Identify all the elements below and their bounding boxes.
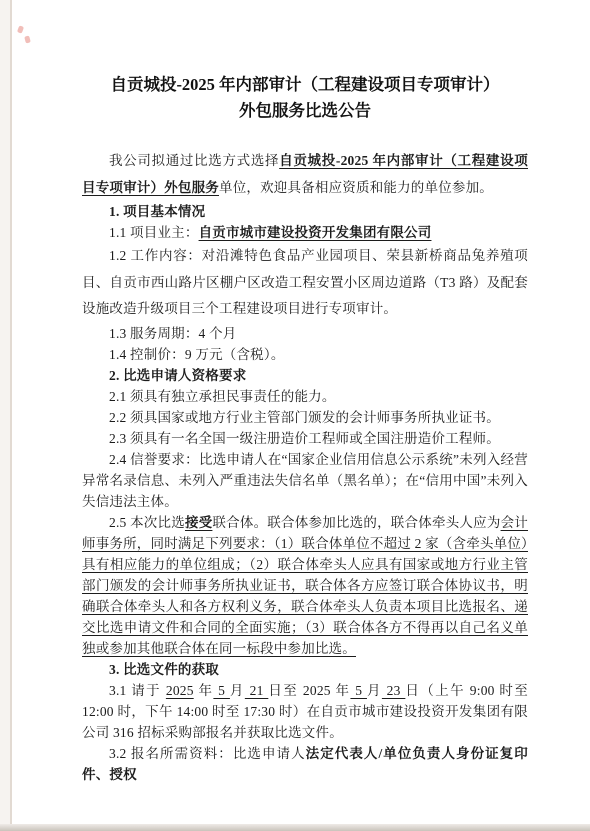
notice-title-line-2: 外包服务比选公告: [82, 98, 528, 124]
text-run: 我公司拟通过比选方式选择: [109, 153, 279, 168]
item-1-4: 1.4 控制价：9 万元（含税）。: [82, 344, 528, 365]
scanned-notice-page: { "page": { "title_line1": "自贡城投-2025 年内…: [0, 0, 590, 831]
red-ink-mark: [24, 35, 31, 43]
text-run: 月: [230, 683, 245, 698]
text-run: 2.4 信誉要求：比选申请人在“国家企业信用信息公示系统”未列入经营异常名录信息…: [82, 452, 528, 509]
item-3-2: 3.2 报名所需资料：比选申请人法定代表人/单位负责人身份证复印件、授权: [82, 743, 528, 785]
text-run: 2.2 须具国家或地方行业主管部门颁发的会计师事务所执业证书。: [109, 410, 500, 425]
text-run: 年: [194, 683, 214, 698]
item-3-1: 3.1 请于 2025 年 5 月 21 日至 2025 年 5 月 23 日（…: [82, 680, 528, 743]
text-run: 自贡市城市建设投资开发集团有限公司: [199, 225, 432, 240]
text-run: 1.3 服务周期：4 个月: [109, 326, 236, 341]
document-page: 自贡城投-2025 年内部审计（工程建设项目专项审计） 外包服务比选公告 我公司…: [10, 0, 590, 824]
text-run: 2.1 须具有独立承担民事责任的能力。: [109, 389, 336, 404]
item-1-3: 1.3 服务周期：4 个月: [82, 323, 528, 344]
item-1-1: 1.1 项目业主：自贡市城市建设投资开发集团有限公司: [82, 222, 528, 243]
text-run: 5: [213, 683, 230, 698]
text-run: 2. 比选申请人资格要求: [109, 368, 246, 383]
item-2-2: 2.2 须具国家或地方行业主管部门颁发的会计师事务所执业证书。: [82, 407, 528, 428]
section-1-heading: 1. 项目基本情况: [82, 201, 528, 222]
item-2-4: 2.4 信誉要求：比选申请人在“国家企业信用信息公示系统”未列入经营异常名录信息…: [82, 449, 528, 512]
text-run: 21: [245, 683, 268, 698]
text-run: 单位，欢迎具备相应资质和能力的单位参加。: [219, 180, 493, 195]
text-run: 接受: [185, 515, 212, 530]
text-run: 3. 比选文件的获取: [109, 662, 219, 677]
intro-paragraph: 我公司拟通过比选方式选择自贡城投-2025 年内部审计（工程建设项目专项审计）外…: [82, 148, 528, 201]
page-bottom-edge: [0, 824, 590, 831]
text-run: 1.1 项目业主：: [109, 225, 199, 240]
text-run: 5: [350, 683, 367, 698]
text-run: 23: [382, 683, 405, 698]
section-3-heading: 3. 比选文件的获取: [82, 659, 528, 680]
item-1-2: 1.2 工作内容：对沿滩特色食品产业园项目、荣县新桥商品兔养殖项目、自贡市西山路…: [82, 243, 528, 323]
text-run: 1. 项目基本情况: [109, 204, 205, 219]
notice-title: 自贡城投-2025 年内部审计（工程建设项目专项审计） 外包服务比选公告: [82, 72, 528, 124]
section-2-heading: 2. 比选申请人资格要求: [82, 365, 528, 386]
document-content: 自贡城投-2025 年内部审计（工程建设项目专项审计） 外包服务比选公告 我公司…: [82, 0, 528, 785]
document-body: 我公司拟通过比选方式选择自贡城投-2025 年内部审计（工程建设项目专项审计）外…: [82, 148, 528, 785]
notice-title-line-1: 自贡城投-2025 年内部审计（工程建设项目专项审计）: [82, 72, 528, 98]
text-run: 月: [367, 683, 382, 698]
item-2-1: 2.1 须具有独立承担民事责任的能力。: [82, 386, 528, 407]
item-2-3: 2.3 须具有一名全国一级注册造价工程师或全国注册造价工程师。: [82, 428, 528, 449]
text-run: 1.2 工作内容：对沿滩特色食品产业园项目、荣县新桥商品兔养殖项目、自贡市西山路…: [82, 248, 528, 316]
text-run: 2.3 须具有一名全国一级注册造价工程师或全国注册造价工程师。: [109, 431, 500, 446]
text-run: 2.5 本次比选: [109, 515, 185, 530]
item-2-5: 2.5 本次比选接受联合体。联合体参加比选的，联合体牵头人应为会计师事务所，同时…: [82, 512, 528, 659]
red-ink-mark: [17, 25, 24, 33]
text-run: 2025: [166, 683, 194, 698]
text-run: 3.1 请于: [109, 683, 166, 698]
text-run: 3.2 报名所需资料：比选申请人: [109, 746, 306, 761]
text-run: 日至 2025 年: [268, 683, 350, 698]
text-run: 联合体。联合体参加比选的，联合体牵头人应为: [212, 515, 500, 530]
text-run: 1.4 控制价：9 万元（含税）。: [109, 347, 285, 362]
text-run: 会计师事务所，同时满足下列要求：（1）联合体单位不超过 2 家（含牵头单位）具有…: [82, 515, 528, 656]
